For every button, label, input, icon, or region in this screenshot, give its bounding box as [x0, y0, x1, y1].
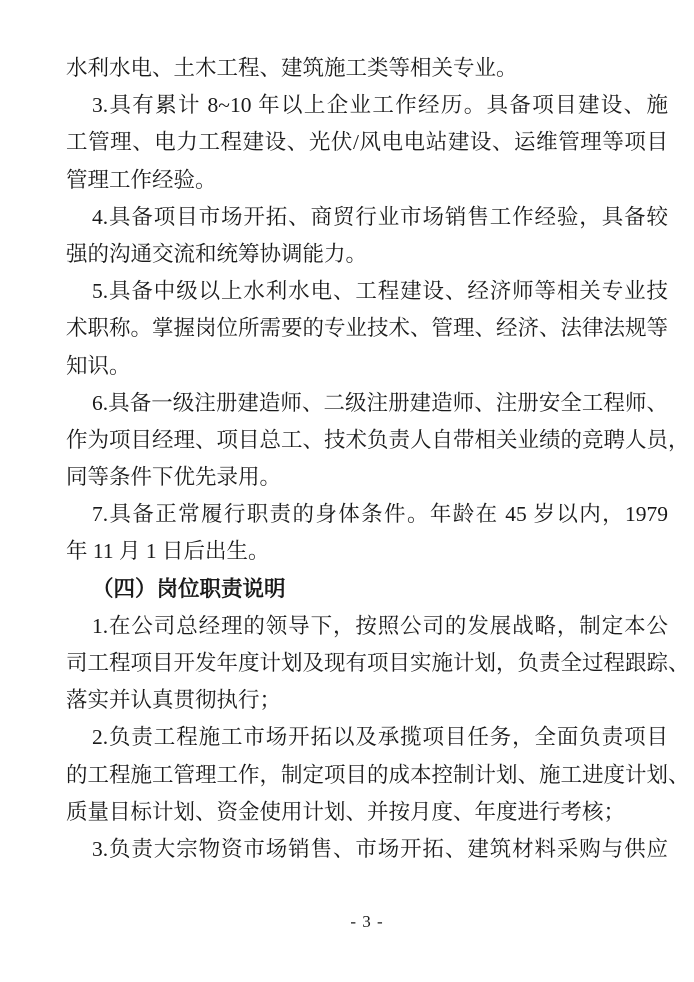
text-line: 管理工作经验。 [66, 162, 668, 199]
text-line: 1.在公司总经理的领导下，按照公司的发展战略，制定本公 [66, 608, 668, 645]
text-line: 质量目标计划、资金使用计划、并按月度、年度进行考核； [66, 794, 668, 831]
text-line: 落实并认真贯彻执行； [66, 682, 668, 719]
section-heading: （四）岗位职责说明 [66, 571, 668, 608]
document-page: 水利水电、土木工程、建筑施工类等相关专业。3.具有累计 8~10 年以上企业工作… [0, 0, 694, 982]
page-number: - 3 - [66, 910, 668, 934]
text-line: 4.具备项目市场开拓、商贸行业市场销售工作经验，具备较 [66, 199, 668, 236]
text-line: 3.具有累计 8~10 年以上企业工作经历。具备项目建设、施 [66, 87, 668, 124]
text-line: 2.负责工程施工市场开拓以及承揽项目任务，全面负责项目 [66, 719, 668, 756]
text-line: 作为项目经理、项目总工、技术负责人自带相关业绩的竞聘人员， [66, 422, 668, 459]
text-line: 工管理、电力工程建设、光伏/风电电站建设、运维管理等项目 [66, 124, 668, 161]
text-line: 水利水电、土木工程、建筑施工类等相关专业。 [66, 50, 668, 87]
text-line: 知识。 [66, 348, 668, 385]
text-line: 的工程施工管理工作，制定项目的成本控制计划、施工进度计划、 [66, 757, 668, 794]
text-line: 3.负责大宗物资市场销售、市场开拓、建筑材料采购与供应 [66, 831, 668, 868]
text-line: 5.具备中级以上水利水电、工程建设、经济师等相关专业技 [66, 273, 668, 310]
text-line: 同等条件下优先录用。 [66, 459, 668, 496]
text-line: 司工程项目开发年度计划及现有项目实施计划，负责全过程跟踪、 [66, 645, 668, 682]
document-body: 水利水电、土木工程、建筑施工类等相关专业。3.具有累计 8~10 年以上企业工作… [66, 50, 668, 868]
text-line: 术职称。掌握岗位所需要的专业技术、管理、经济、法律法规等 [66, 310, 668, 347]
text-line: 7.具备正常履行职责的身体条件。年龄在 45 岁以内，1979 [66, 496, 668, 533]
text-line: 6.具备一级注册建造师、二级注册建造师、注册安全工程师、 [66, 385, 668, 422]
text-line: 强的沟通交流和统筹协调能力。 [66, 236, 668, 273]
text-line: 年 11 月 1 日后出生。 [66, 533, 668, 570]
